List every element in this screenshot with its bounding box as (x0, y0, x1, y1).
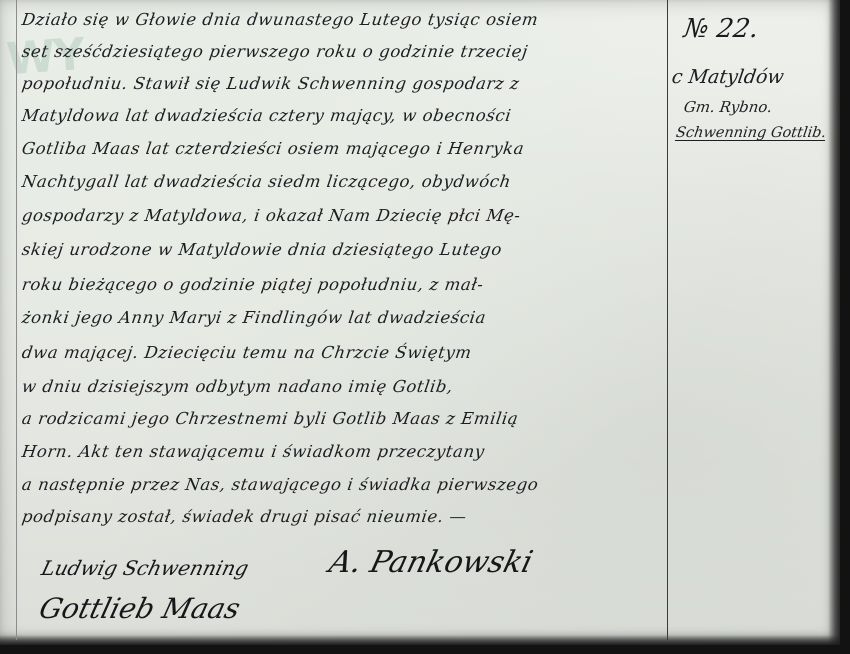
record-number: № 22. (682, 14, 760, 44)
signature-father: Ludwig Schwenning (39, 556, 251, 580)
record-line-3: popołudniu. Stawił się Ludwik Schwenning… (21, 74, 521, 93)
left-margin-rule (16, 0, 17, 640)
margin-child-name: Schwenning Gottlib. (675, 125, 827, 141)
record-line-15: a następnie przez Nas, stawającego i świ… (21, 475, 540, 494)
record-line-13: a rodzicami jego Chrzestnemi byli Gotlib… (21, 409, 520, 428)
record-line-16: podpisany został, świadek drugi pisać ni… (21, 507, 468, 526)
margin-commune: Gm. Rybno. (683, 98, 774, 116)
record-line-1: Działo się w Głowie dnia dwunastego Lute… (21, 10, 540, 29)
record-line-6: Nachtygall lat dwadzieścia siedm liczące… (21, 172, 513, 191)
record-line-2: set sześćdziesiątego pierwszego roku o g… (21, 42, 529, 61)
margin-column-divider (667, 0, 668, 640)
record-line-12: w dniu dzisiejszym odbytym nadano imię G… (21, 377, 455, 396)
register-page: WY Działo się w Głowie dnia dwunastego L… (0, 0, 840, 645)
record-line-3-text: popołudniu. Stawił się Ludwik Schwenning… (21, 74, 521, 93)
signature-official: A. Pankowski (326, 545, 537, 580)
margin-village: c Matyldów (670, 66, 785, 88)
record-line-4: Matyldowa lat dwadzieścia cztery mający,… (21, 106, 513, 125)
record-line-11: dwa mającej. Dziecięciu temu na Chrzcie … (21, 343, 473, 362)
signature-witness: Gottlieb Maas (36, 592, 244, 625)
scan-frame: WY Działo się w Głowie dnia dwunastego L… (0, 0, 850, 654)
record-line-8: skiej urodzone w Matyldowie dnia dziesią… (21, 240, 504, 259)
record-line-9: roku bieżącego o godzinie piątej popołud… (21, 275, 485, 294)
record-line-10: żonki jego Anny Maryi z Findlingów lat d… (21, 308, 488, 327)
record-line-5: Gotliba Maas lat czterdzieści osiem mają… (21, 139, 526, 158)
record-line-7: gospodarzy z Matyldowa, i okazał Nam Dzi… (21, 206, 522, 225)
record-line-14: Horn. Akt ten stawającemu i świadkom prz… (21, 442, 486, 461)
